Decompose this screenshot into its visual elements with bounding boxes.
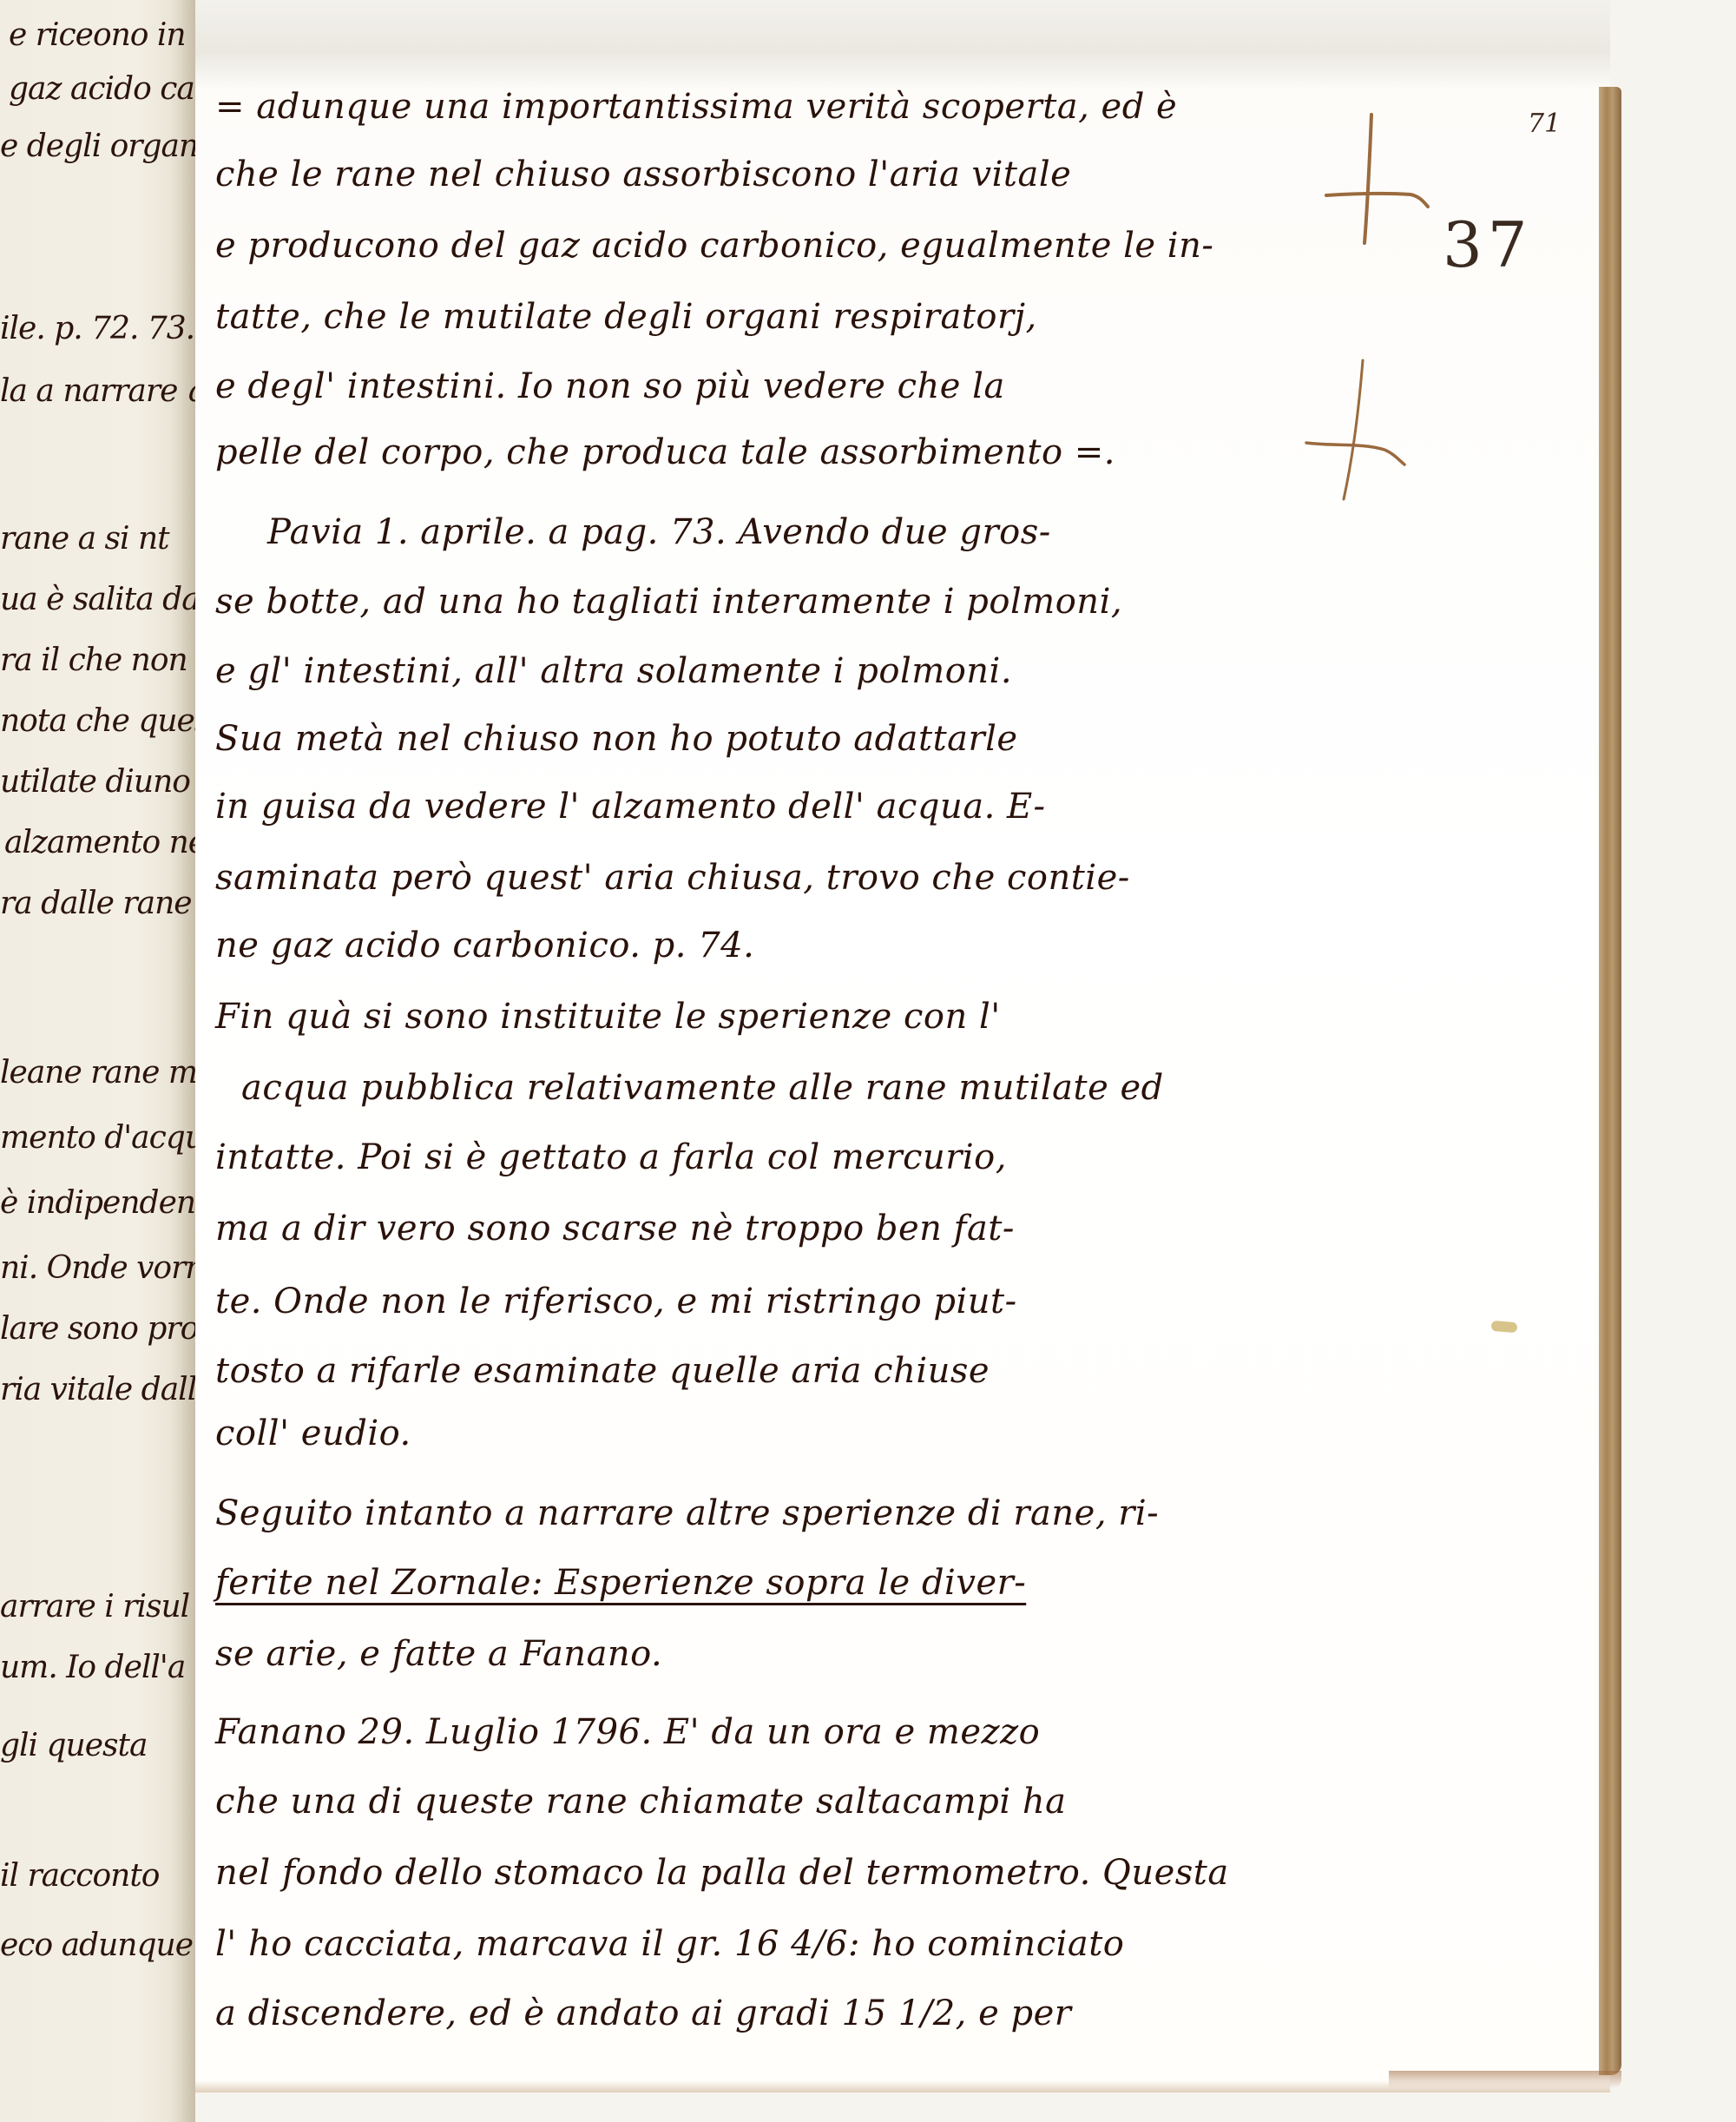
manuscript-line: che una di queste rane chiamate saltacam… bbox=[215, 1782, 1066, 1822]
left-page-fragment: alzamento netta bbox=[4, 825, 195, 860]
manuscript-line: Sua metà nel chiuso non ho potuto adatta… bbox=[215, 719, 1018, 759]
manuscript-line: pelle del corpo, che produca tale assorb… bbox=[215, 432, 1115, 472]
manuscript-line: Pavia 1. aprile. a pag. 73. Avendo due g… bbox=[267, 512, 1051, 552]
manuscript-line: e degl' intestini. Io non so più vedere … bbox=[215, 366, 1005, 406]
manuscript-line: tatte, che le mutilate degli organi resp… bbox=[215, 297, 1037, 337]
manuscript-line: ne gaz acido carbonico. p. 74. bbox=[215, 926, 754, 965]
left-page-fragment: lare sono pro bbox=[0, 1311, 195, 1347]
manuscript-line: = adunque una importantissima verità sco… bbox=[215, 87, 1177, 127]
left-page-fragment: rane a si nt bbox=[0, 521, 169, 557]
left-page-fragment: mento d'acqua bbox=[0, 1120, 195, 1156]
manuscript-line: acqua pubblica relativamente alle rane m… bbox=[241, 1068, 1164, 1108]
manuscript-line-underlined: ferite nel Zornale: Esperienze sopra le … bbox=[215, 1563, 1026, 1603]
left-page-fragment: ra il che non bbox=[0, 643, 187, 678]
left-page-fragment: um. Io dell'a bbox=[0, 1650, 185, 1685]
manuscript-line: se arie, e fatte a Fanano. bbox=[215, 1634, 662, 1674]
left-page-fragment: il racconto bbox=[0, 1858, 159, 1894]
manuscript-line: e producono del gaz acido carbonico, egu… bbox=[215, 226, 1213, 266]
left-page-fragment: ra dalle rane mor bbox=[0, 886, 195, 921]
left-page-fragment: ria vitale dalla bbox=[0, 1372, 195, 1407]
manuscript-line: intatte. Poi si è gettato a farla col me… bbox=[215, 1137, 1007, 1177]
left-page-fragment: la a narrare qu bbox=[0, 373, 195, 409]
cross-mark-icon bbox=[1302, 356, 1415, 504]
left-page-fragment: ni. Onde vorrei bbox=[0, 1250, 195, 1286]
left-page-fragment: arrare i risul bbox=[0, 1589, 189, 1624]
left-page-fragment: leane rane mu bbox=[0, 1055, 195, 1091]
manuscript-line: che le rane nel chiuso assorbiscono l'ar… bbox=[215, 155, 1071, 194]
pencil-folio-number: 71 bbox=[1528, 109, 1561, 139]
manuscript-line: tosto a rifarle esaminate quelle aria ch… bbox=[215, 1351, 990, 1391]
left-page-fragment: gli questa bbox=[0, 1728, 147, 1763]
paper-stain bbox=[1491, 1321, 1518, 1334]
manuscript-line: nel fondo dello stomaco la palla del ter… bbox=[215, 1853, 1229, 1893]
left-page-fragment: gaz acido carbon bbox=[9, 71, 195, 107]
manuscript-line: e gl' intestini, all' altra solamente i … bbox=[215, 651, 1012, 691]
left-page-fragment: è indipendente bbox=[0, 1185, 195, 1221]
left-page-fragment: e riceono in bbox=[9, 17, 186, 53]
left-page-fragment: ile. p. 72. 73. bbox=[0, 311, 194, 346]
left-page-fragment: e degli organi r bbox=[0, 129, 195, 164]
page-top-curl bbox=[195, 0, 1610, 87]
manuscript-line: l' ho cacciata, marcava il gr. 16 4/6: h… bbox=[215, 1924, 1124, 1964]
manuscript-line: se botte, ad una ho tagliati interamente… bbox=[215, 582, 1122, 622]
cross-mark-icon bbox=[1319, 113, 1441, 252]
manuscript-line: te. Onde non le riferisco, e mi ristring… bbox=[215, 1282, 1017, 1321]
left-page-fragment: utilate diuno bbox=[0, 764, 190, 800]
stamped-page-number: 37 bbox=[1443, 208, 1533, 281]
manuscript-line: Fanano 29. Luglio 1796. E' da un ora e m… bbox=[215, 1712, 1040, 1752]
left-page-fragment: eco adunque bbox=[0, 1928, 193, 1963]
manuscript-line: ma a dir vero sono scarse nè troppo ben … bbox=[215, 1209, 1015, 1249]
manuscript-line: a discendere, ed è andato ai gradi 15 1/… bbox=[215, 1993, 1071, 2033]
manuscript-line: saminata però quest' aria chiusa, trovo … bbox=[215, 858, 1130, 898]
page-corner-stain bbox=[1389, 2071, 1621, 2088]
manuscript-line: in guisa da vedere l' alzamento dell' ac… bbox=[215, 787, 1045, 827]
manuscript-line: Fin quà si sono instituite le sperienze … bbox=[215, 997, 1001, 1037]
left-page-fragment: ua è salita da bbox=[0, 582, 195, 617]
left-page: e riceono in gaz acido carbon e degli or… bbox=[0, 0, 195, 2122]
manuscript-line: Seguito intanto a narrare altre sperienz… bbox=[215, 1493, 1159, 1533]
manuscript-line: coll' eudio. bbox=[215, 1414, 411, 1453]
page-fore-edge bbox=[1599, 87, 1621, 2075]
left-page-fragment: nota che questa bbox=[0, 703, 195, 739]
